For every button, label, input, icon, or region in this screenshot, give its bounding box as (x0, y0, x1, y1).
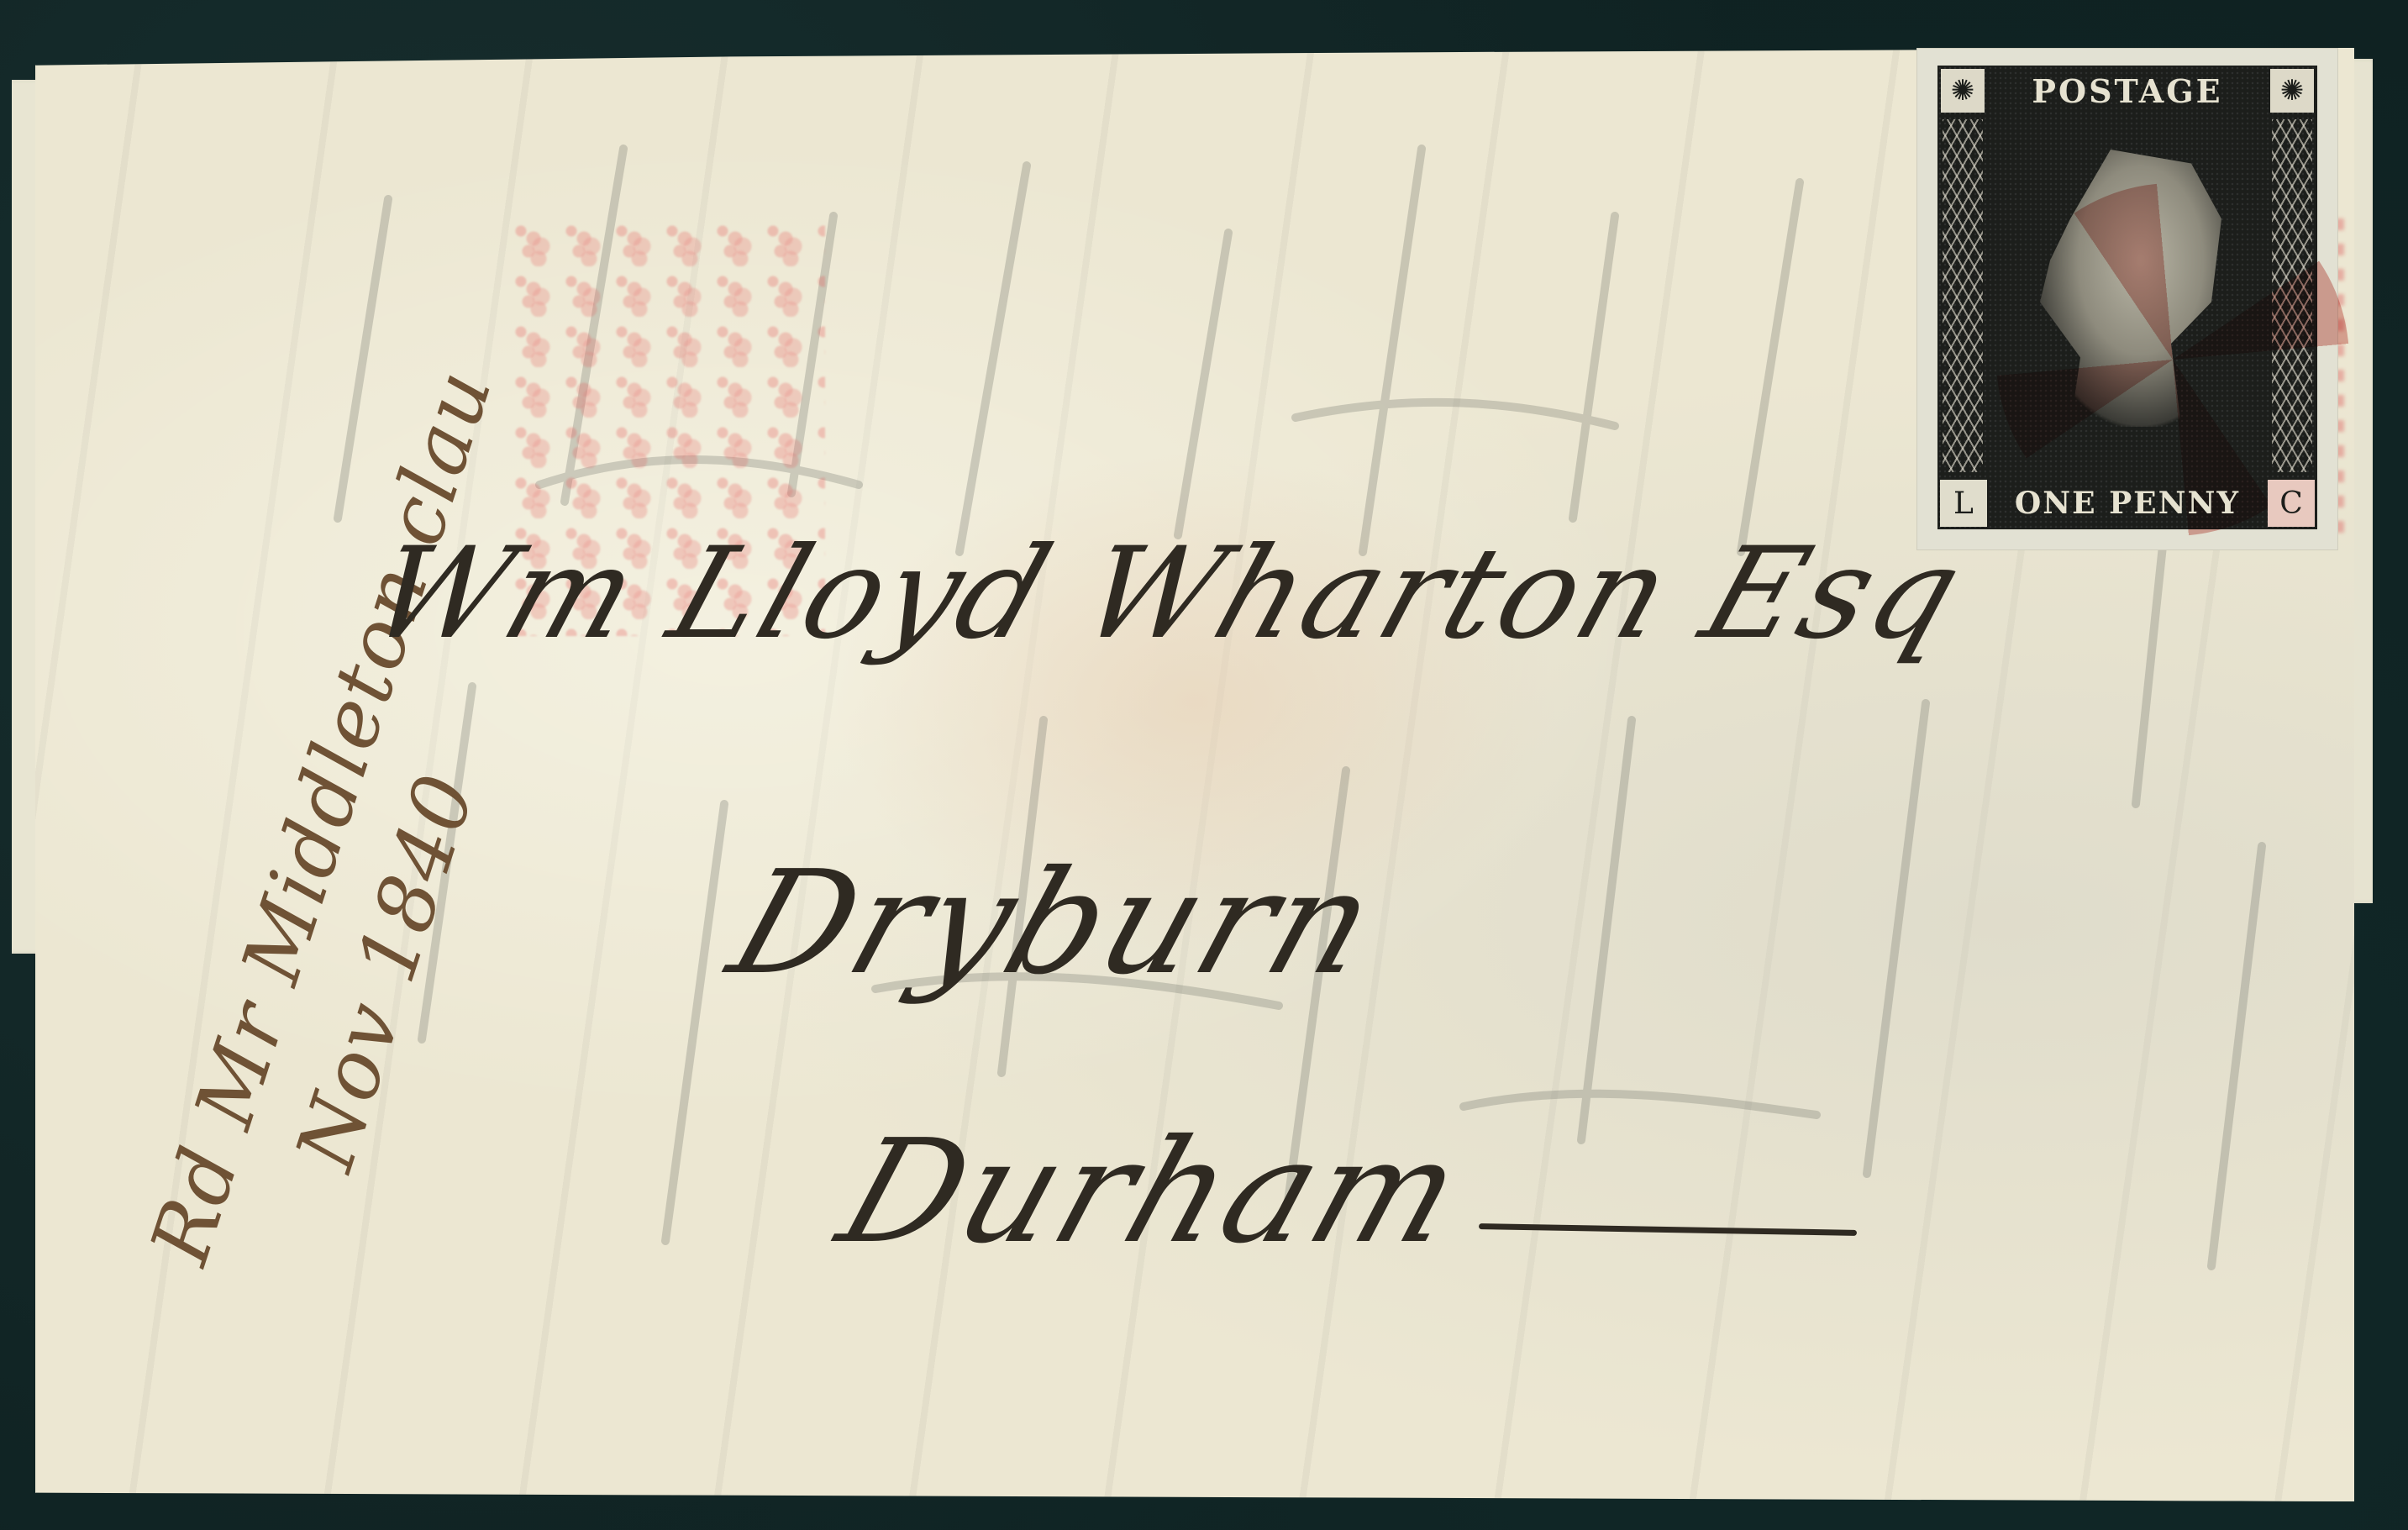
stamp-value-inscription: ONE PENNY (1990, 486, 2265, 521)
stamp-bottom-band: L ONE PENNY C (1937, 477, 2317, 529)
penny-black-stamp: ✺ POSTAGE ✺ L ONE PENNY C (1917, 49, 2337, 549)
stamp-design: ✺ POSTAGE ✺ L ONE PENNY C (1937, 66, 2317, 529)
stamp-corner-letter-right: C (2268, 480, 2315, 527)
address-county: Durham (822, 1109, 1483, 1275)
star-ornament-icon: ✺ (1941, 69, 1985, 113)
address-recipient: Wm Lloyd Wharton Esq (355, 521, 1981, 667)
stamp-top-band: ✺ POSTAGE ✺ (1937, 66, 2317, 116)
stamp-corner-letter-left: L (1940, 480, 1987, 527)
address-place: Dryburn (712, 840, 1397, 1007)
stamp-lattice-left (1943, 119, 1983, 472)
stamp-top-inscription: POSTAGE (2032, 72, 2222, 110)
star-ornament-icon: ✺ (2270, 69, 2314, 113)
dark-mounting-background: Rd Mr Middleton clau Nov 1840 Wm Lloyd W… (0, 0, 2408, 1530)
